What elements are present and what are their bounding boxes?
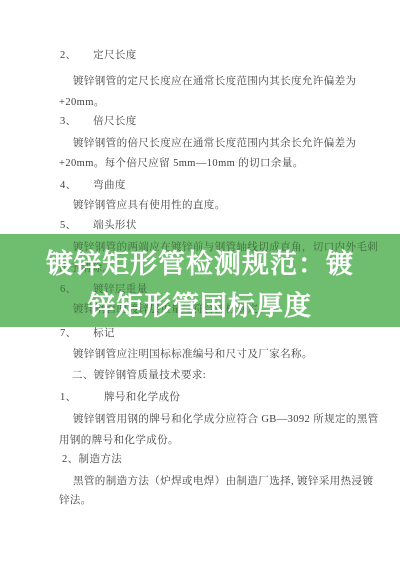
document-line: 镀锌钢管的倍尺长度应在通常长度范围内其余长允许偏差为 (73, 137, 356, 150)
document-line: 3、 倍尺长度 (60, 115, 137, 128)
document-line: 镀锌钢管用钢的牌号和化学成分应符合 GB—3092 所规定的黑管 (73, 413, 379, 426)
document-page: 2、 定尺长度镀锌钢管的定尺长度应在通常长度范围内其长度允许偏差为+20mm。3… (0, 0, 400, 566)
document-line: 二、镀锌钢管质量技术要求: (72, 369, 206, 382)
document-line: 黑管的制造方法（炉焊或电焊）由制造厂选择, 镀锌采用热浸镀 (73, 475, 373, 488)
document-line: 2、 定尺长度 (60, 49, 137, 62)
overlay-title: 镀锌矩形管检测规范：镀 锌矩形管国标厚度 (0, 243, 400, 327)
document-line: 2、制造方法 (62, 453, 122, 466)
document-line: 1、 牌号和化学成份 (60, 391, 180, 404)
document-line: 4、 弯曲度 (60, 179, 126, 192)
overlay-title-line-2: 锌矩形管国标厚度 (0, 285, 400, 327)
document-line: 锌法。 (59, 494, 92, 507)
document-line: 7、 标记 (60, 327, 115, 340)
document-line: 镀锌钢管应具有使用性的直度。 (73, 199, 226, 212)
document-line: +20mm。 (59, 96, 105, 109)
document-line: 镀锌钢管的定尺长度应在通常长度范围内其长度允许偏差为 (73, 75, 356, 88)
document-line: 5、 端头形状 (60, 219, 137, 232)
document-line: 镀锌钢管应注明国标标准编号和尺寸及厂家名称。 (73, 348, 313, 361)
overlay-title-line-1: 镀锌矩形管检测规范：镀 (0, 243, 400, 285)
document-line: 用钢的牌号和化学成份。 (59, 434, 179, 447)
document-line: +20mm。每个倍尺应留 5mm—10mm 的切口余量。 (59, 157, 304, 170)
